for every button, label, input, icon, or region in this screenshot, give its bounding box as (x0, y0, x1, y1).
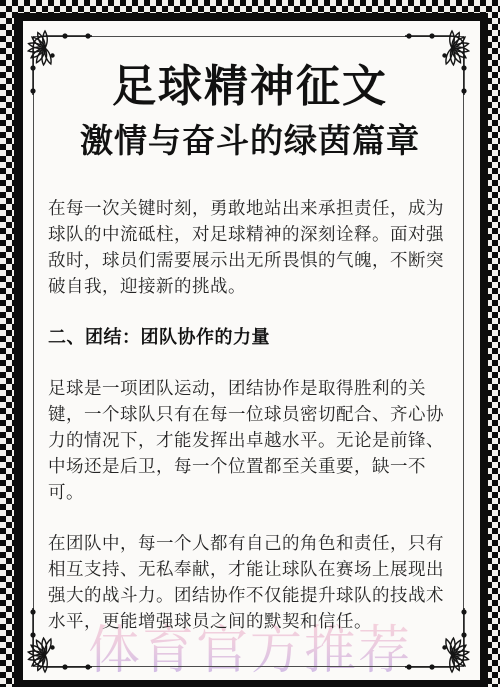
page-subtitle: 激情与奋斗的绿茵篇章 (0, 123, 500, 159)
paragraph: 在每一次关键时刻，勇敢地站出来承担责任，成为球队的中流砥柱，对足球精神的深刻诠释… (48, 195, 454, 299)
paragraph: 在团队中，每一个人都有自己的角色和责任，只有相互支持、无私奉献，才能让球队在赛场… (48, 530, 454, 634)
section-heading: 二、团结：团队协作的力量 (48, 324, 454, 350)
essay-body: 在每一次关键时刻，勇敢地站出来承担责任，成为球队的中流砥柱，对足球精神的深刻诠释… (48, 195, 454, 659)
essay-poster: 体育官方推荐 足球精神征文 激情与奋斗的绿茵篇章 在每一次关键时刻，勇敢地站出来… (0, 0, 500, 687)
page-title: 足球精神征文 (0, 64, 500, 110)
header: 足球精神征文 激情与奋斗的绿茵篇章 (0, 64, 500, 159)
paragraph: 足球是一项团队运动，团结协作是取得胜利的关键，一个球队只有在每一位球员密切配合、… (48, 375, 454, 505)
